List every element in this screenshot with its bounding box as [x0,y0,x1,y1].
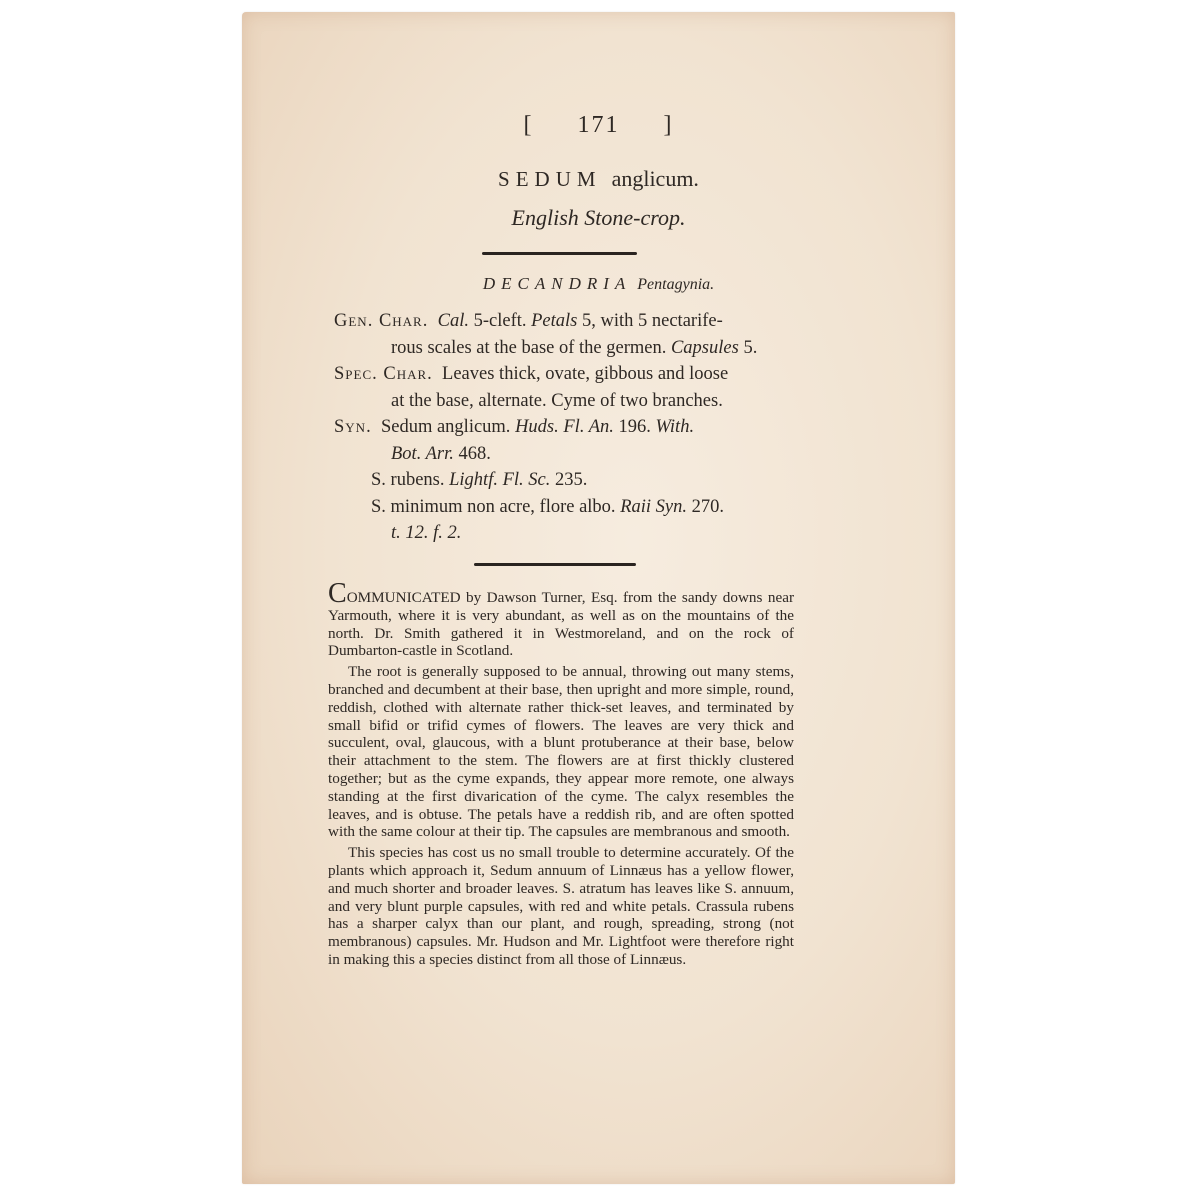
synonym-entry: S. rubens. Lightf. Fl. Sc. 235. [334,467,804,494]
synonym-text: Sedum anglicum. [381,417,515,437]
species-name: anglicum. [612,166,699,191]
synonym-reference: Bot. Arr. [391,444,454,464]
common-name: English Stone-crop. [242,205,955,231]
divider-rule-top [482,252,637,255]
gen-char-text: Petals [531,311,577,331]
description-body: COMMUNICATED by Dawson Turner, Esq. from… [328,586,794,972]
bracket-open: [ [524,112,534,138]
synonym-text: 235. [550,470,587,490]
class-name: DECANDRIA [483,274,631,293]
synonym-reference: Huds. Fl. An. [515,417,614,437]
paragraph-3: This species has cost us no small troubl… [328,844,794,969]
synonym-reference: With. [656,417,695,437]
synonym-text: S. minimum non acre, flore albo. [371,497,620,517]
linnaean-classification: DECANDRIAPentagynia. [242,274,955,294]
spec-char-label: Spec. Char. [334,364,433,384]
gen-char-text: 5-cleft. [469,311,531,331]
gen-char-label: Gen. Char. [334,311,428,331]
order-name: Pentagynia. [637,276,714,293]
gen-char-text: 5. [739,338,758,358]
page-title: SEDUManglicum. [242,166,955,192]
synonym-text: 196. [614,417,656,437]
bracket-close: ] [664,112,674,138]
divider-rule-bottom [474,563,636,566]
generic-character: Gen. Char. Cal. 5-cleft. Petals 5, with … [334,308,804,361]
specific-character: Spec. Char. Leaves thick, ovate, gibbous… [334,361,804,414]
synonym-reference: t. 12. f. 2. [371,523,461,543]
synonym-reference: Raii Syn. [620,497,687,517]
lead-word: OMMUNICATED [347,589,461,606]
gen-char-text: 5, with 5 nectarife- [577,311,722,331]
synonym-text: 270. [687,497,724,517]
page-number: [171] [242,112,955,139]
synonymy: Syn. Sedum anglicum. Huds. Fl. An. 196. … [334,414,804,467]
book-page: [171] SEDUManglicum. English Stone-crop.… [242,12,955,1184]
paragraph-1: COMMUNICATED by Dawson Turner, Esq. from… [328,586,794,660]
gen-char-text: rous scales at the base of the germen. [391,338,671,358]
synonym-text: 468. [454,444,491,464]
spec-char-text: at the base, alternate. Cyme of two bran… [391,391,723,411]
synonym-text: S. rubens. [371,470,449,490]
syn-label: Syn. [334,417,372,437]
gen-char-text: Cal. [438,311,469,331]
gen-char-text: Capsules [671,338,739,358]
characters-block: Gen. Char. Cal. 5-cleft. Petals 5, with … [334,308,804,547]
paragraph-2: The root is generally supposed to be ann… [328,663,794,841]
page-number-value: 171 [578,112,620,138]
spec-char-text: Leaves thick, ovate, gibbous and loose [442,364,728,384]
synonym-entry: S. minimum non acre, flore albo. Raii Sy… [334,494,804,547]
genus-name: SEDUM [498,167,602,191]
synonym-reference: Lightf. Fl. Sc. [449,470,550,490]
drop-cap: C [328,578,347,609]
